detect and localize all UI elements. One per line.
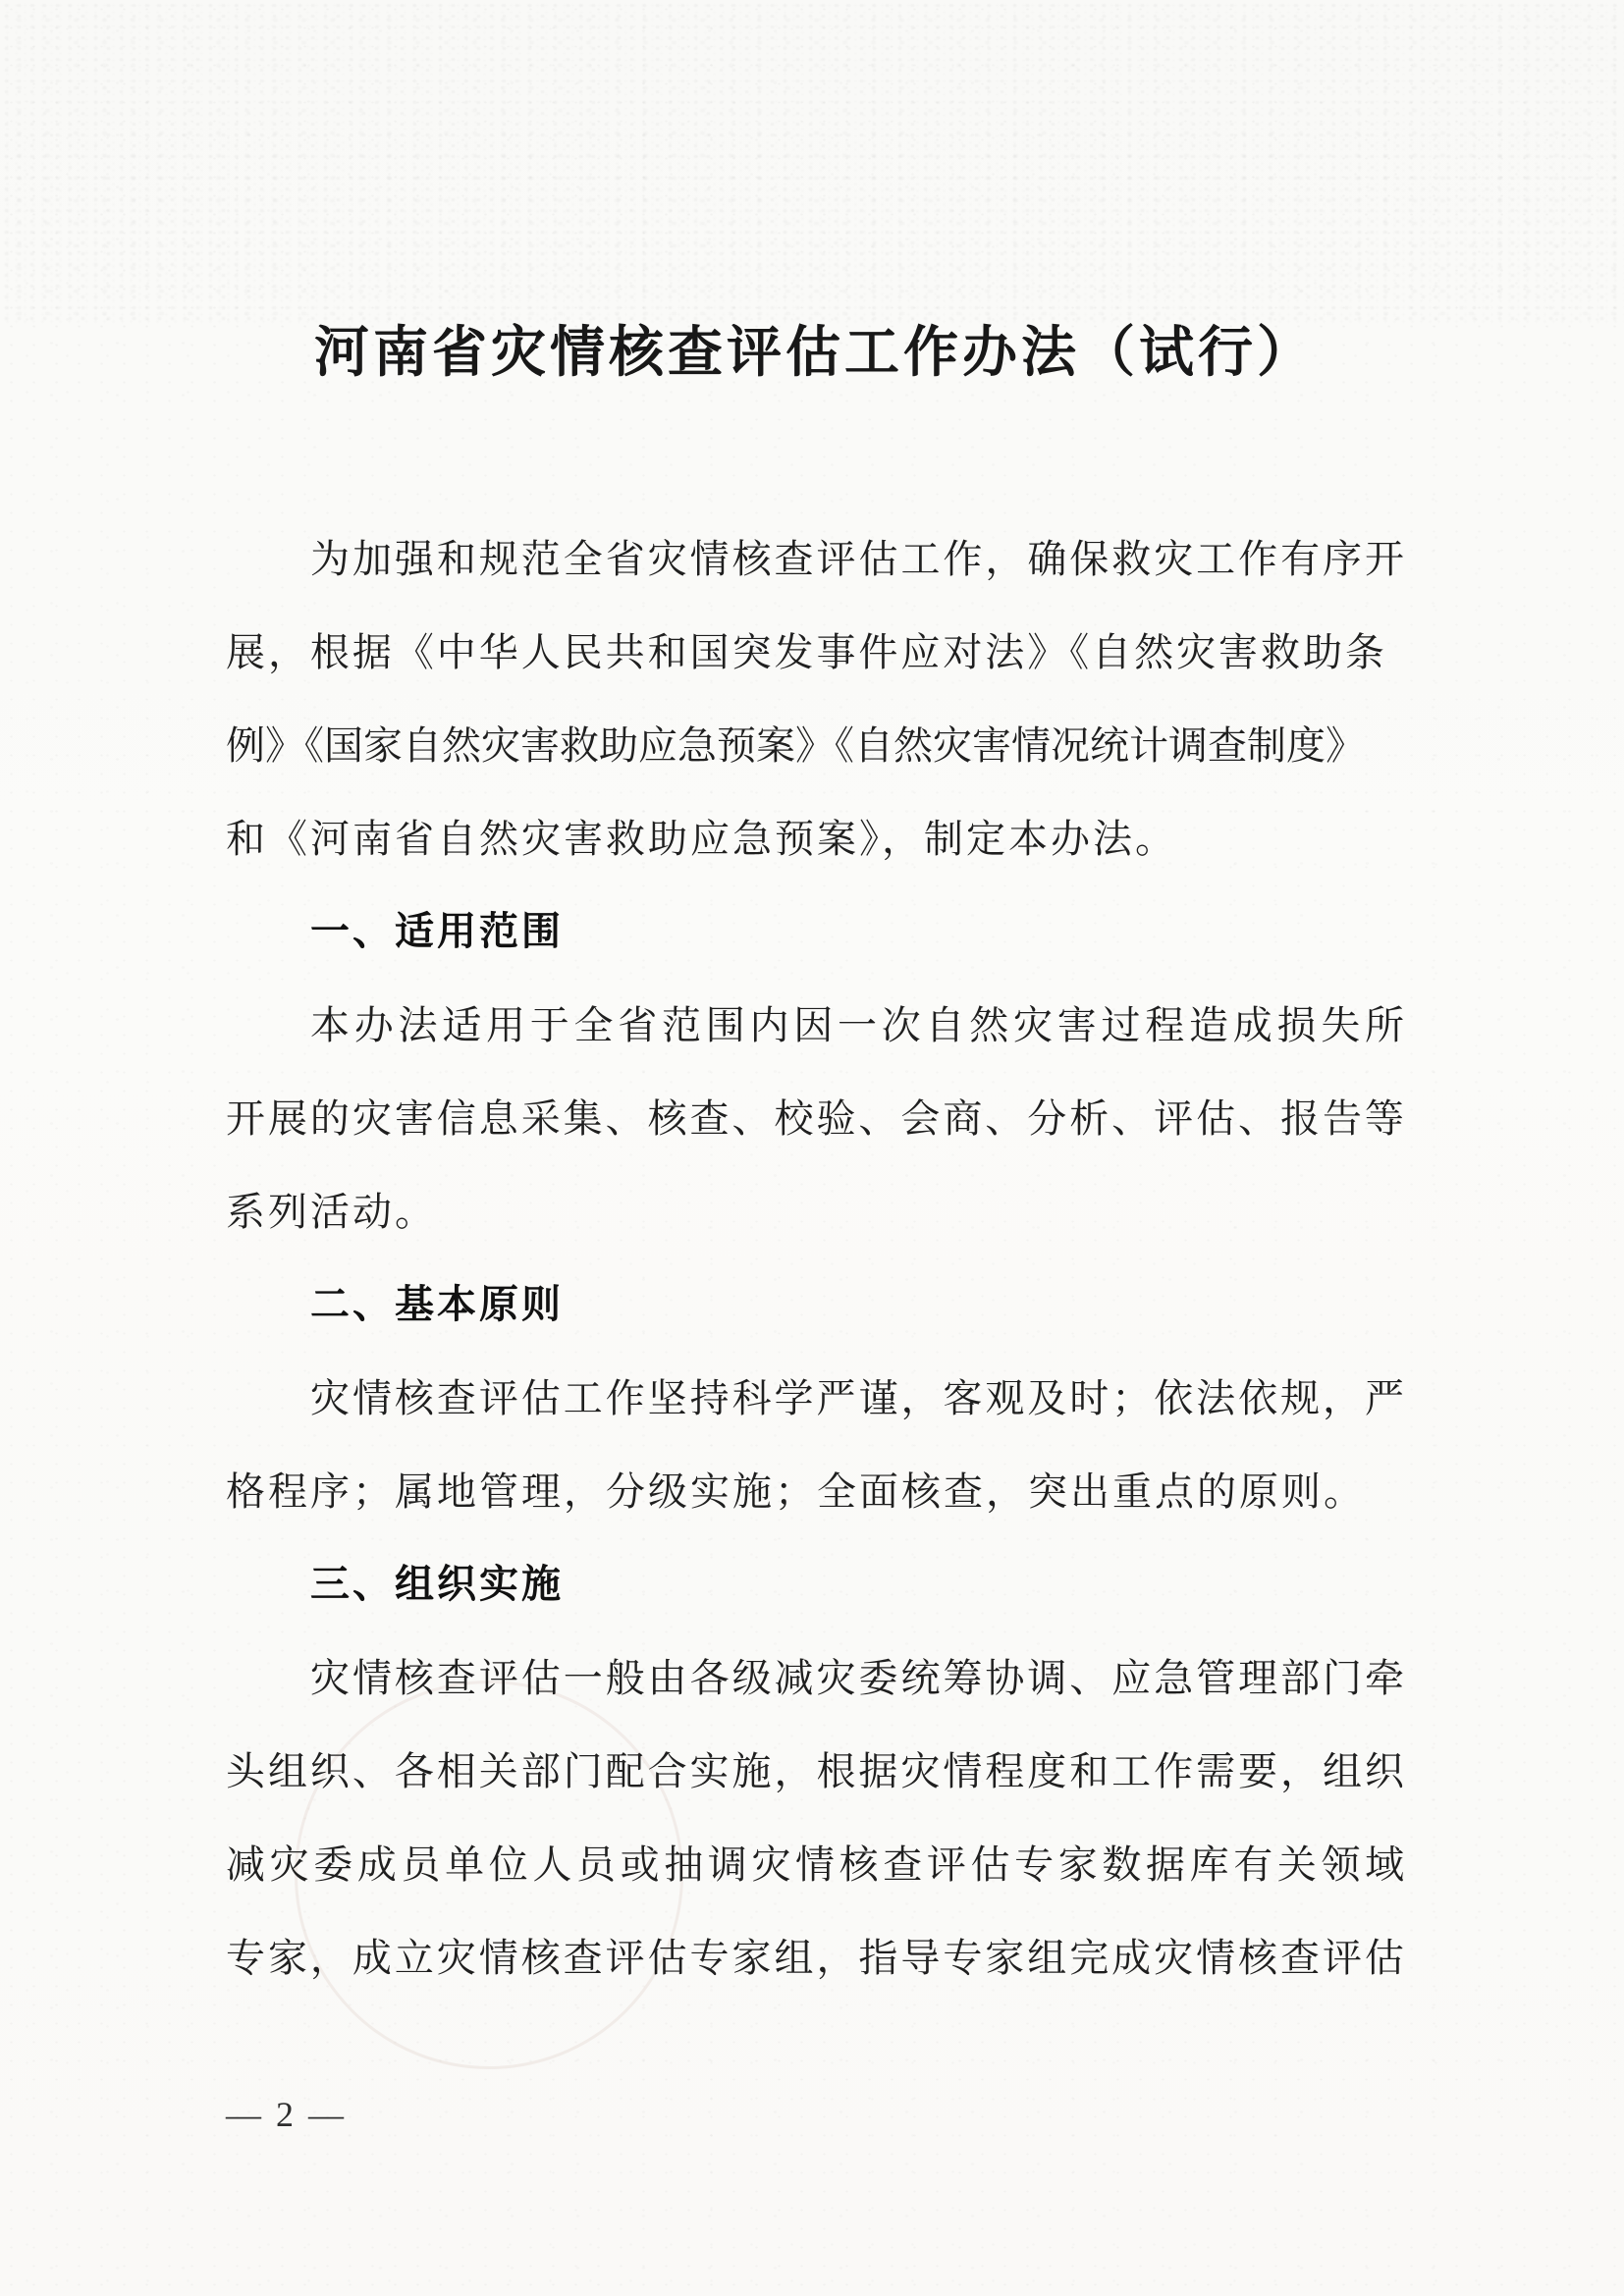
text-line: 开展的灾害信息采集、核查、校验、会商、分析、评估、报告等 [226,1072,1404,1165]
text-line: 减灾委成员单位人员或抽调灾情核查评估专家数据库有关领域 [226,1818,1404,1911]
text-line: 和《河南省自然灾害救助应急预案》，制定本办法。 [226,792,1404,885]
text-line: 本办法适用于全省范围内因一次自然灾害过程造成损失所 [226,979,1404,1072]
text-line: 灾情核查评估工作坚持科学严谨，客观及时；依法依规，严 [226,1352,1404,1445]
text-line: 头组织、各相关部门配合实施，根据灾情程度和工作需要，组织 [226,1725,1404,1818]
text-line: 展，根据《中华人民共和国突发事件应对法》《自然灾害救助条 [226,606,1404,699]
section-heading: 三、组织实施 [226,1538,1404,1631]
scan-noise-top-band [0,0,1624,324]
text-line: 格程序；属地管理，分级实施；全面核查，突出重点的原则。 [226,1445,1404,1538]
text-line: 例》《国家自然灾害救助应急预案》《自然灾害情况统计调查制度》 [226,699,1404,792]
text-line: 灾情核查评估一般由各级减灾委统筹协调、应急管理部门牵 [226,1631,1404,1725]
document-page: 河南省灾情核查评估工作办法（试行） 为加强和规范全省灾情核查评估工作，确保救灾工… [0,0,1624,2296]
section-heading: 二、基本原则 [226,1258,1404,1352]
section-heading: 一、适用范围 [226,885,1404,979]
text-line: 系列活动。 [226,1165,1404,1258]
document-body: 为加强和规范全省灾情核查评估工作，确保救灾工作有序开展，根据《中华人民共和国突发… [226,512,1404,2004]
page-number: — 2 — [226,2083,347,2146]
text-line: 专家，成立灾情核查评估专家组，指导专家组完成灾情核查评估 [226,1911,1404,2004]
text-line: 为加强和规范全省灾情核查评估工作，确保救灾工作有序开 [226,512,1404,606]
document-title: 河南省灾情核查评估工作办法（试行） [226,312,1404,396]
